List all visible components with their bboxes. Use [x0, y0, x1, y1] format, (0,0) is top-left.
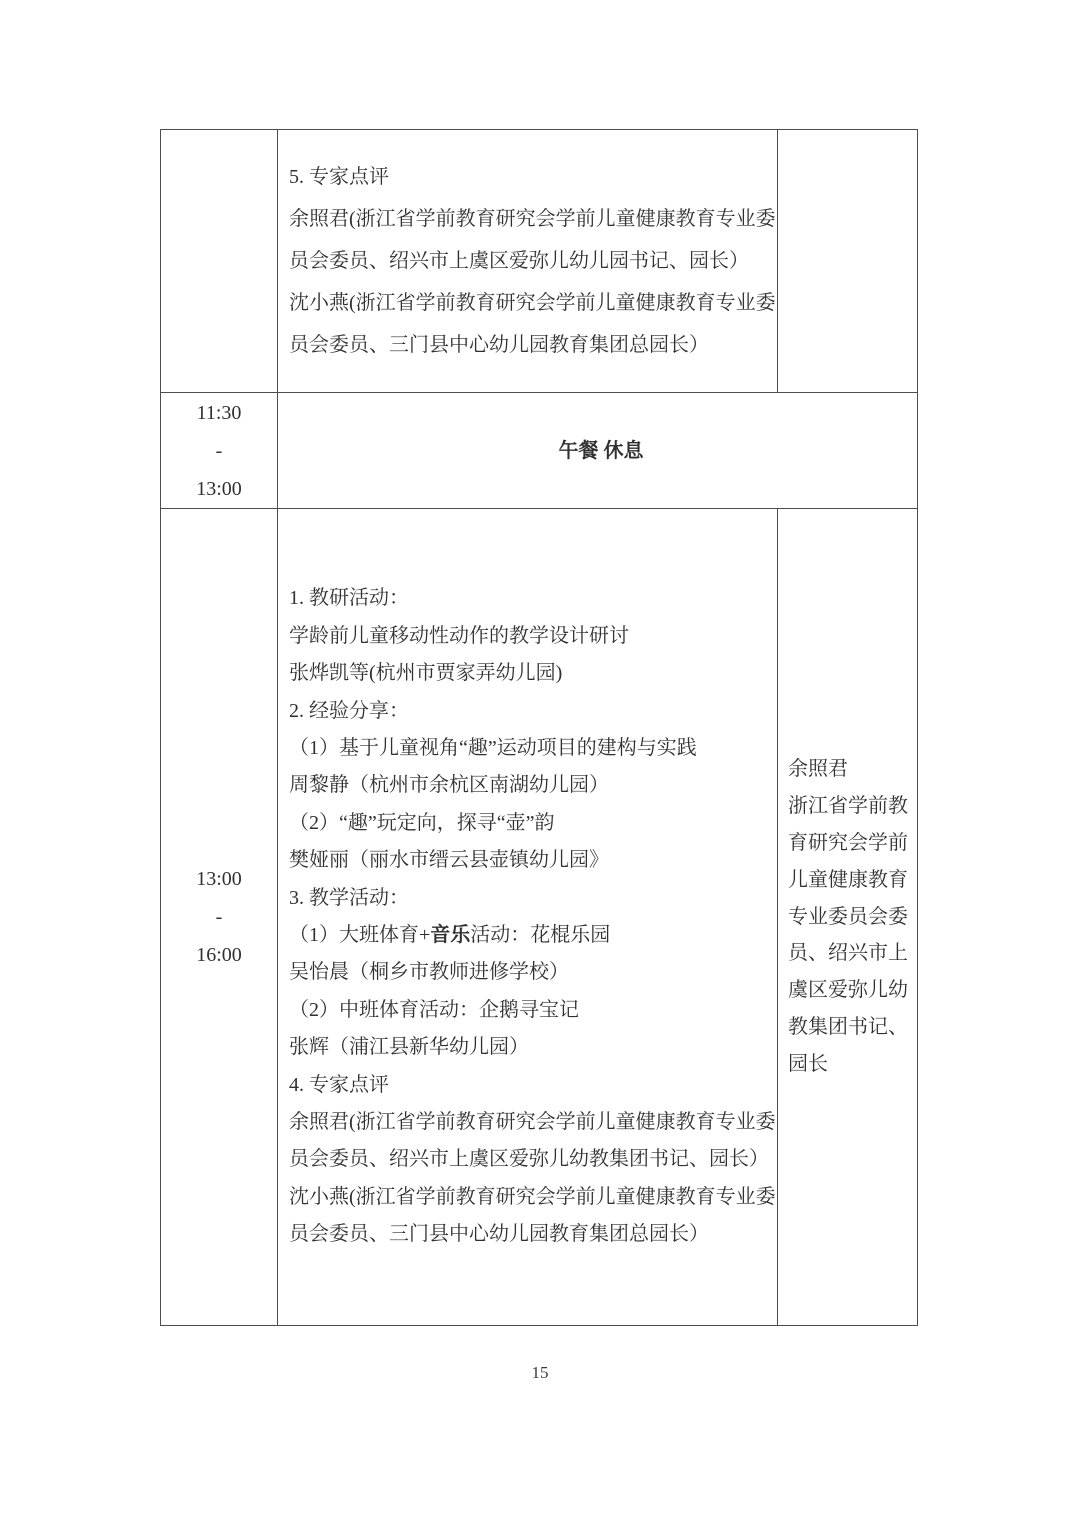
text-line: 樊娅丽（丽水市缙云县壶镇幼儿园》	[289, 842, 773, 879]
text-line: 4. 专家点评	[289, 1067, 773, 1104]
text-line: （2）“趣”玩定向，探寻“壶”韵	[289, 805, 773, 842]
text-segment: 育研究会学前	[788, 832, 908, 854]
text-line: 专业委员会委	[788, 899, 915, 936]
text-segment: 员会委员、三门县中心幼儿园教育集团总园长）	[289, 334, 709, 356]
session-content-cell: 5. 专家点评余照君(浙江省学前教育研究会学前儿童健康教育专业委员会委员、绍兴市…	[278, 130, 778, 393]
text-segment: -	[216, 440, 223, 462]
text-segment: 员会委员、三门县中心幼儿园教育集团总园长）	[289, 1223, 709, 1245]
text-segment: 16:00	[196, 944, 242, 966]
text-segment: 余照君(浙江省学前教育研究会学前儿童健康教育专业委	[289, 1111, 776, 1133]
text-segment: 5. 专家点评	[289, 166, 389, 188]
text-line: 教集团书记、	[788, 1009, 915, 1046]
text-line: 张烨凯等(杭州市贾家弄幼儿园)	[289, 655, 773, 692]
text-line: 13:00	[196, 470, 242, 508]
text-segment: 员会委员、绍兴市上虞区爱弥儿幼教集团书记、园长）	[289, 1148, 769, 1170]
text-line: 13:00	[196, 860, 242, 898]
text-line: 余照君(浙江省学前教育研究会学前儿童健康教育专业委	[289, 198, 773, 240]
text-segment: 沈小燕(浙江省学前教育研究会学前儿童健康教育专业委	[289, 1186, 776, 1208]
text-line: （2）中班体育活动：企鹅寻宝记	[289, 992, 773, 1029]
text-line: 吴怡晨（桐乡市教师进修学校）	[289, 954, 773, 991]
time-cell	[161, 130, 278, 393]
text-line: 儿童健康教育	[788, 862, 915, 899]
text-line: -	[216, 432, 223, 470]
text-segment: 周黎静（杭州市余杭区南湖幼儿园）	[289, 774, 609, 796]
expert-cell: 余照君浙江省学前教育研究会学前儿童健康教育专业委员会委员、绍兴市上虞区爱弥儿幼教…	[778, 509, 918, 1326]
text-line: 浙江省学前教	[788, 788, 915, 825]
text-line: 育研究会学前	[788, 825, 915, 862]
text-line: 2. 经验分享：	[289, 693, 773, 730]
text-line: 11:30	[197, 394, 242, 432]
text-line: 员会委员、绍兴市上虞区爱弥儿幼儿园书记、园长）	[289, 240, 773, 282]
text-line: 5. 专家点评	[289, 156, 773, 198]
text-line: 员会委员、三门县中心幼儿园教育集团总园长）	[289, 324, 773, 366]
schedule-table: 5. 专家点评余照君(浙江省学前教育研究会学前儿童健康教育专业委员会委员、绍兴市…	[160, 129, 918, 1326]
text-segment: 3. 教学活动：	[289, 887, 409, 909]
text-line: 员会委员、三门县中心幼儿园教育集团总园长）	[289, 1216, 773, 1253]
text-segment: 教集团书记、	[788, 1016, 908, 1038]
text-segment: 吴怡晨（桐乡市教师进修学校）	[289, 961, 569, 983]
text-segment: 1. 教研活动：	[289, 587, 409, 609]
text-segment: 13:00	[196, 478, 242, 500]
text-line: 余照君(浙江省学前教育研究会学前儿童健康教育专业委	[289, 1104, 773, 1141]
text-segment: （2）中班体育活动：企鹅寻宝记	[289, 999, 579, 1021]
expert-cell	[778, 130, 918, 393]
text-line: （1）基于儿童视角“趣”运动项目的建构与实践	[289, 730, 773, 767]
text-segment: 专业委员会委	[788, 906, 908, 928]
text-line: 沈小燕(浙江省学前教育研究会学前儿童健康教育专业委	[289, 282, 773, 324]
text-segment: （2）“趣”玩定向，探寻“壶”韵	[289, 812, 555, 834]
text-segment: 2. 经验分享：	[289, 700, 409, 722]
text-segment: 张烨凯等(杭州市贾家弄幼儿园)	[289, 662, 562, 684]
text-line: 园长	[788, 1046, 915, 1083]
text-line: 虞区爱弥儿幼	[788, 972, 915, 1009]
page-number: 15	[0, 1363, 1080, 1383]
text-segment: 樊娅丽（丽水市缙云县壶镇幼儿园》	[289, 849, 609, 871]
text-line: 周黎静（杭州市余杭区南湖幼儿园）	[289, 767, 773, 804]
text-line: 员、绍兴市上	[788, 935, 915, 972]
text-segment: （1）基于儿童视角“趣”运动项目的建构与实践	[289, 737, 697, 759]
text-segment: 余照君(浙江省学前教育研究会学前儿童健康教育专业委	[289, 208, 776, 230]
text-line: 学龄前儿童移动性动作的教学设计研讨	[289, 618, 773, 655]
lunch-break-cell: 午餐 休息	[278, 393, 918, 509]
text-segment: 活动：花棍乐园	[470, 924, 610, 946]
text-segment: -	[216, 906, 223, 928]
text-segment: 余照君	[788, 758, 848, 780]
text-segment: 4. 专家点评	[289, 1074, 389, 1096]
text-line: 员会委员、绍兴市上虞区爱弥儿幼教集团书记、园长）	[289, 1141, 773, 1178]
text-line: 16:00	[196, 936, 242, 974]
text-segment: 员、绍兴市上	[788, 942, 908, 964]
time-cell: 11:30-13:00	[161, 393, 278, 509]
text-segment: 张辉（浦江县新华幼儿园）	[289, 1036, 529, 1058]
session-content-cell: 1. 教研活动：学龄前儿童移动性动作的教学设计研讨张烨凯等(杭州市贾家弄幼儿园)…	[278, 509, 778, 1326]
bold-text-segment: 音乐	[430, 924, 470, 946]
text-line: 午餐 休息	[559, 432, 644, 470]
text-segment: 儿童健康教育	[788, 869, 908, 891]
text-line: 余照君	[788, 751, 915, 788]
text-segment: （1）大班体育+	[289, 924, 430, 946]
text-segment: 园长	[788, 1053, 828, 1075]
text-segment: 员会委员、绍兴市上虞区爱弥儿幼儿园书记、园长）	[289, 250, 749, 272]
text-line: 3. 教学活动：	[289, 880, 773, 917]
text-segment: 13:00	[196, 868, 242, 890]
text-line: 1. 教研活动：	[289, 580, 773, 617]
text-line: -	[216, 898, 223, 936]
text-line: （1）大班体育+音乐活动：花棍乐园	[289, 917, 773, 954]
text-segment: 学龄前儿童移动性动作的教学设计研讨	[289, 625, 629, 647]
text-line: 张辉（浦江县新华幼儿园）	[289, 1029, 773, 1066]
text-segment: 11:30	[197, 402, 242, 424]
text-line: 沈小燕(浙江省学前教育研究会学前儿童健康教育专业委	[289, 1179, 773, 1216]
bold-text-segment: 午餐 休息	[559, 440, 644, 462]
time-cell: 13:00-16:00	[161, 509, 278, 1326]
text-segment: 虞区爱弥儿幼	[788, 979, 908, 1001]
text-segment: 沈小燕(浙江省学前教育研究会学前儿童健康教育专业委	[289, 292, 776, 314]
text-segment: 浙江省学前教	[788, 795, 908, 817]
